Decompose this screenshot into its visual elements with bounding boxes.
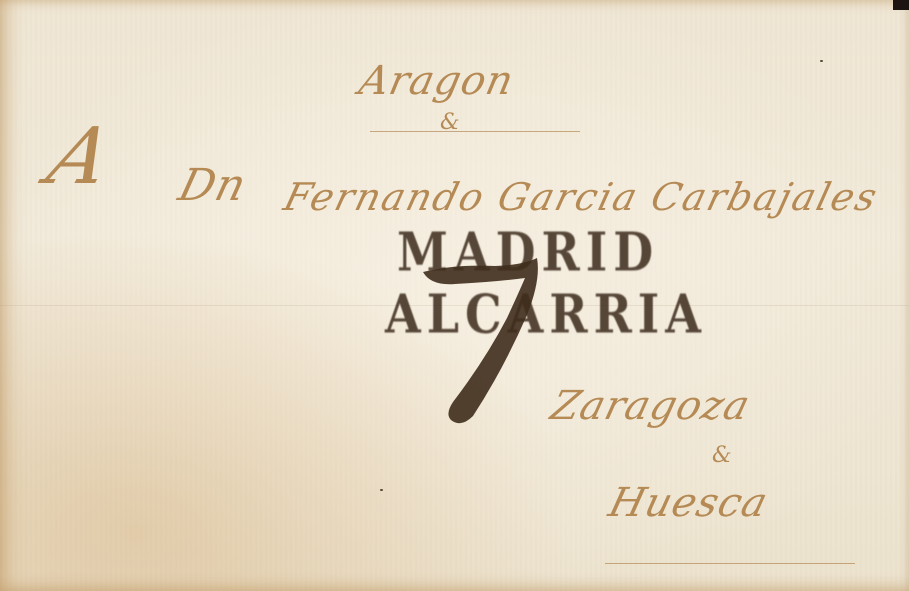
route-note: Aragon <box>355 58 518 104</box>
addressee-name: Fernando Garcia Carbajales <box>280 175 884 219</box>
route-underline <box>370 131 580 132</box>
ink-speck <box>380 489 383 491</box>
destination-via: Zaragoza <box>546 383 755 429</box>
scan-edge <box>893 0 909 10</box>
destination-connector: & <box>712 443 733 468</box>
rate-mark-seven <box>415 220 565 435</box>
destination-city: Huesca <box>604 480 773 526</box>
letter-cover: Aragon & A Dn Fernando Garcia Carbajales… <box>0 0 909 591</box>
ink-speck <box>820 60 823 62</box>
destination-underline <box>605 563 855 564</box>
salutation: A <box>37 112 124 202</box>
honorific: Dn <box>174 160 252 211</box>
